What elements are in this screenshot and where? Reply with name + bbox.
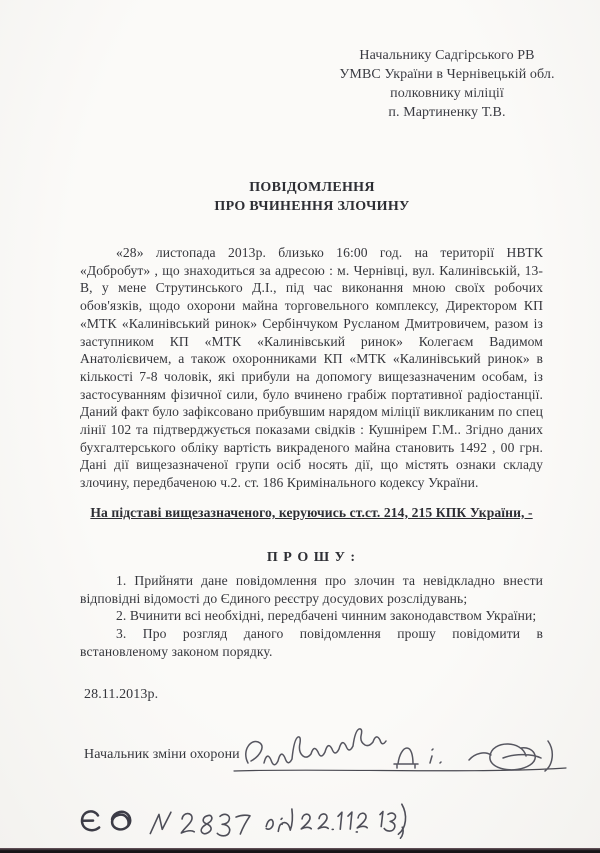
- recipient-line: п. Мартиненку Т.В.: [316, 103, 578, 122]
- signature-handwriting: [226, 723, 571, 781]
- recipient-block: Начальнику Садгірського РВ УМВС України …: [316, 46, 578, 122]
- request-item: 1. Прийняти дане повідомлення про злочин…: [80, 572, 543, 608]
- recipient-line: полковнику міліції: [316, 84, 578, 103]
- title-line-1: ПОВІДОМЛЕННЯ: [66, 178, 558, 197]
- legal-basis-line: На підставі вищезазначеного, керуючись с…: [80, 504, 543, 522]
- request-heading: П Р О Ш У :: [80, 550, 543, 566]
- scan-edge-shadow: [0, 848, 600, 853]
- request-list: 1. Прийняти дане повідомлення про злочин…: [80, 572, 543, 661]
- document-title: ПОВІДОМЛЕННЯ ПРО ВЧИНЕННЯ ЗЛОЧИНУ: [66, 178, 558, 216]
- signature-label: Начальник зміни охорони: [84, 747, 240, 763]
- recipient-line: Начальнику Садгірського РВ: [316, 46, 578, 65]
- recipient-line: УМВС України в Чернівецькій обл.: [316, 65, 578, 84]
- request-item: 2. Вчинити всі необхідні, передбачені чи…: [80, 607, 543, 625]
- body-paragraph: «28» листопада 2013р. близько 16:00 год.…: [80, 244, 543, 492]
- signature-row: Начальник зміни охорони: [80, 725, 572, 789]
- title-line-2: ПРО ВЧИНЕННЯ ЗЛОЧИНУ: [66, 197, 558, 216]
- request-item: 3. Про розгляд даного повідомлення прошу…: [80, 625, 543, 661]
- scanned-crime-report-page: Начальнику Садгірського РВ УМВС України …: [0, 0, 600, 853]
- document-date: 28.11.2013р.: [84, 687, 572, 703]
- registration-note-handwriting: [70, 784, 411, 848]
